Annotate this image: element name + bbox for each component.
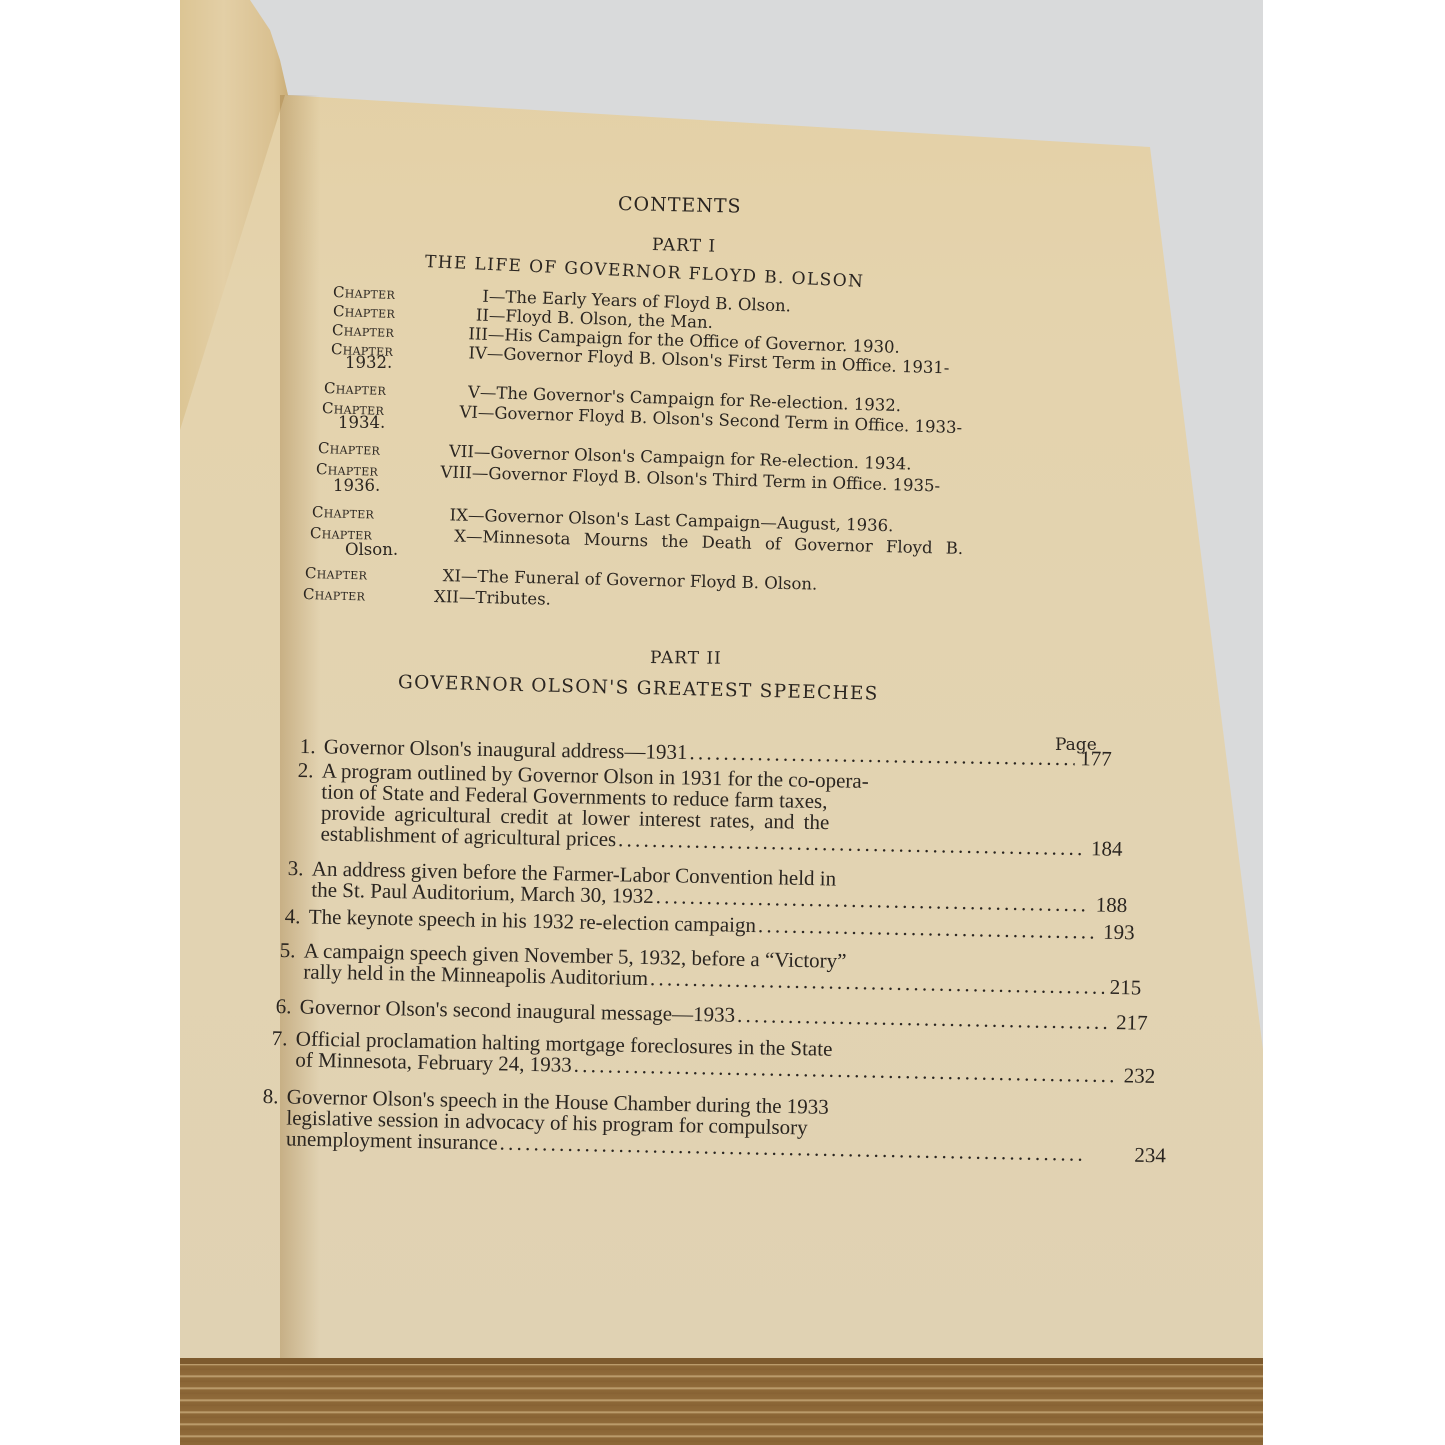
chapter-number: XII <box>397 586 459 606</box>
part1-label: PART I <box>652 235 717 257</box>
speech-title: the St. Paul Auditorium, March 30, 1932 <box>311 879 654 907</box>
page-number: 215 <box>1110 977 1142 999</box>
part1-title: THE LIFE OF GOVERNOR FLOYD B. OLSON <box>425 252 865 292</box>
chapter-continuation: 1936. <box>333 476 380 495</box>
contents-text: CONTENTS PART I THE LIFE OF GOVERNOR FLO… <box>0 0 1445 1445</box>
dot-leader <box>758 915 1098 943</box>
contents-title: CONTENTS <box>618 193 742 218</box>
page-number: 217 <box>1116 1012 1148 1034</box>
chapter-continuation: 1932. <box>345 353 392 372</box>
chapter-label: Chapter <box>305 564 399 584</box>
speech-entry: 8.Governor Olson's speech in the House C… <box>262 1086 1167 1166</box>
page-number: 232 <box>1124 1065 1156 1087</box>
speech-title: establishment of agricultural prices <box>320 823 616 850</box>
speech-number: 8. <box>263 1086 287 1107</box>
speech-title: Governor Olson's second inaugural messag… <box>300 996 736 1025</box>
speech-number: 2. <box>298 760 322 781</box>
chapter-label: Chapter <box>312 503 406 523</box>
part2-label: PART II <box>650 648 722 669</box>
speech-number: 1. <box>300 736 324 757</box>
chapter-row: ChapterXII—Tributes. <box>303 584 551 609</box>
speech-title: rally held in the Minneapolis Auditorium <box>303 961 648 989</box>
chapter-number: IX <box>406 504 468 525</box>
page-number: 193 <box>1103 922 1135 944</box>
chapter-number: II <box>427 304 490 325</box>
dot-leader <box>737 1005 1110 1033</box>
page-number: 188 <box>1096 895 1128 917</box>
page-number: 234 <box>1134 1145 1166 1167</box>
chapter-title: Tributes. <box>475 588 551 609</box>
chapter-number: XI <box>399 565 461 585</box>
chapter-number: VI <box>416 401 479 422</box>
speech-entry: 5.A campaign speech given November 5, 19… <box>279 940 1142 999</box>
page-number: 184 <box>1091 838 1123 860</box>
chapter-label: Chapter <box>303 585 397 605</box>
dot-leader <box>689 742 1074 769</box>
chapter-number: X <box>404 525 466 546</box>
speech-entry: 2.A program outlined by Governor Olson i… <box>296 760 1123 860</box>
speech-number: 4. <box>285 906 309 927</box>
speech-title: of Minnesota, February 24, 1933 <box>295 1049 572 1075</box>
chapter-continuation: Olson. <box>345 540 398 559</box>
chapter-number: I <box>427 285 490 306</box>
chapter-continuation: 1934. <box>338 413 385 432</box>
chapter-label: Chapter <box>318 439 412 460</box>
speech-number: 7. <box>272 1028 296 1049</box>
chapter-number: VII <box>412 441 475 462</box>
page-number: 177 <box>1080 748 1112 769</box>
chapter-number: VIII <box>410 462 473 483</box>
chapter-number: III <box>426 323 489 344</box>
chapter-number: IV <box>425 342 488 363</box>
speech-number: 3. <box>288 858 312 879</box>
chapter-number: V <box>418 381 481 402</box>
speech-number: 5. <box>280 940 304 961</box>
part2-title: GOVERNOR OLSON'S GREATEST SPEECHES <box>398 672 879 705</box>
chapter-label: Chapter <box>324 379 419 400</box>
speech-entry: 7.Official proclamation halting mortgage… <box>271 1028 1156 1087</box>
speech-title: The keynote speech in his 1932 re-electi… <box>309 906 757 936</box>
speech-title: unemployment insurance <box>286 1128 498 1153</box>
speech-number: 6. <box>276 996 300 1017</box>
